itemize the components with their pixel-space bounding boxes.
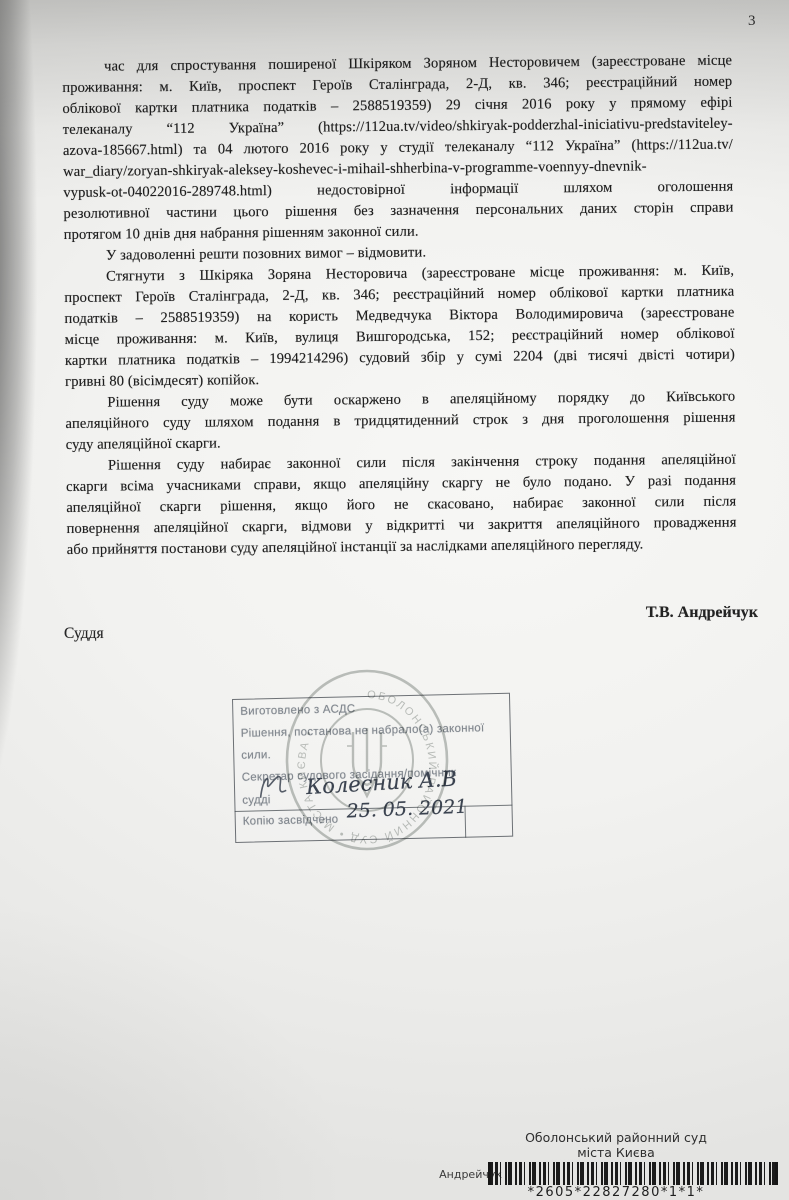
- footer-court-block: Оболонський районний суд міста Києва Анд…: [440, 1130, 789, 1200]
- body-text: час для спростування поширеної Шкіряком …: [62, 51, 737, 561]
- page-number: 3: [748, 13, 756, 30]
- judge-name: Т.В. Андрейчук: [400, 604, 758, 622]
- certification-stamp: Виготовлено з АСДС Рішення, постанова не…: [232, 693, 513, 843]
- scanned-court-document-page: 3 час для спростування поширеної Шкіряко…: [0, 0, 789, 1200]
- footer-court-name-line1: Оболонський районний суд: [440, 1130, 789, 1145]
- signature-squiggle-icon: [255, 770, 299, 802]
- footer-court-name-line2: міста Києва: [440, 1145, 789, 1160]
- barcode-value: *2605*22827280*1*1*: [440, 1185, 789, 1200]
- judge-label: Суддя: [64, 625, 104, 643]
- barcode-row: Андрейчук: [440, 1162, 789, 1185]
- barcode-icon: [488, 1162, 778, 1185]
